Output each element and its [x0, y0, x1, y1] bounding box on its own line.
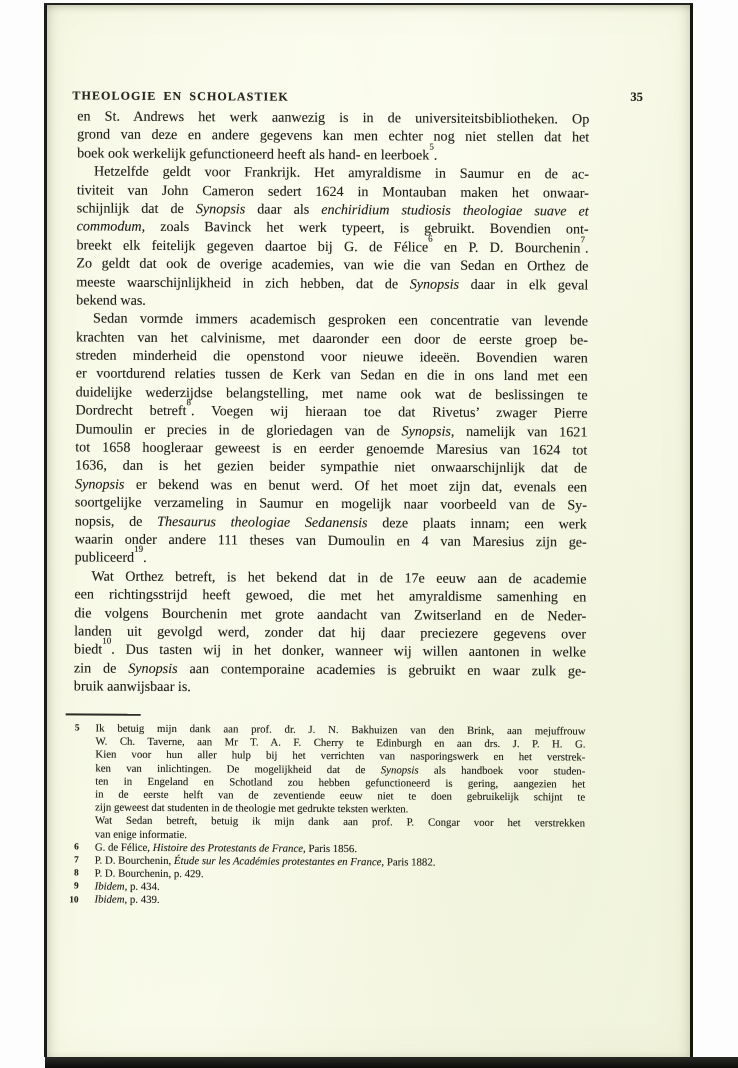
running-title: THEOLOGIE EN SCHOLASTIEK — [72, 88, 289, 103]
footnotes: 5Ik betuig mijn dank aan prof. dr. J. N.… — [72, 722, 585, 910]
page-content: THEOLOGIE EN SCHOLASTIEK 35 en St. Andre… — [78, 3, 590, 6]
footnote-number: 9 — [63, 882, 79, 892]
book-page-scan: THEOLOGIE EN SCHOLASTIEK 35 en St. Andre… — [44, 3, 693, 1057]
body-paragraph: en St. Andrews het werk aanwezig is in d… — [77, 107, 589, 165]
body-line: een richtingsstrijd heeft gewoed, die me… — [74, 586, 586, 608]
footnote: 5Ik betuig mijn dank aan prof. dr. J. N.… — [73, 722, 586, 844]
body-line: Hetzelfde geldt voor Frankrijk. Het amyr… — [77, 163, 589, 185]
bottom-scan-bar — [45, 1057, 738, 1068]
body-text: en St. Andrews het werk aanwezig is in d… — [74, 107, 590, 699]
body-line: Zo geldt dat ook de overige academies, v… — [76, 255, 588, 277]
page-number: 35 — [630, 90, 643, 105]
footnote-number: 10 — [62, 895, 78, 905]
footnote: 10Ibidem, p. 439. — [72, 894, 584, 910]
footnote-rule — [66, 713, 141, 715]
footnote-number: 6 — [63, 842, 79, 852]
scanner-background: { "scan": { "paper_color": "#f6f7e3", "i… — [0, 0, 738, 1068]
footnote-number: 5 — [64, 724, 80, 734]
body-line: waarin onder andere 111 theses van Dumou… — [75, 530, 587, 552]
body-line: bruik aanwijsbaar is. — [74, 678, 586, 700]
footnote-number: 8 — [63, 869, 79, 879]
body-paragraph: Hetzelfde geldt voor Frankrijk. Het amyr… — [76, 163, 589, 313]
running-header: THEOLOGIE EN SCHOLASTIEK 35 — [72, 86, 584, 105]
body-paragraph: Sedan vormde immers academisch gesproken… — [75, 310, 589, 571]
fn-line: Ibidem, p. 439. — [94, 894, 584, 910]
body-paragraph: Wat Orthez betreft, is het bekend dat in… — [74, 567, 587, 699]
footnote-number: 7 — [63, 855, 79, 865]
body-line: meeste waarschijnlijkheid in zich hebben… — [76, 273, 588, 295]
